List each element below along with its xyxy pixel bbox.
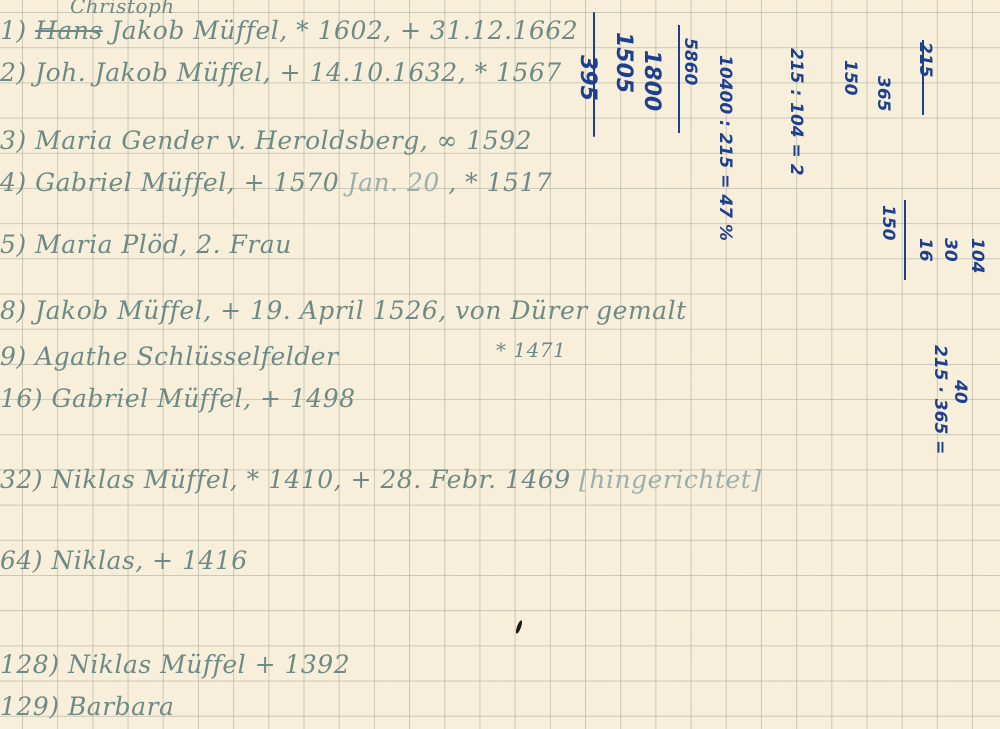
calc-16: 16 — [915, 238, 935, 262]
calc-215: 215 — [915, 42, 935, 78]
entry-129: 129) Barbara — [0, 692, 174, 721]
entry-32: 32) Niklas Müffel, * 1410, + 28. Febr. 1… — [0, 465, 762, 494]
calc-150-a: 150 — [840, 60, 860, 96]
calc-365: 365 — [873, 76, 893, 112]
entry-3: 3) Maria Gender v. Heroldsberg, ∞ 1592 — [0, 126, 532, 155]
calc-215-times-365: 215 · 365 = — [930, 345, 950, 454]
entry-1: 1) Hans Jakob Müffel, * 1602, + 31.12.16… — [0, 16, 578, 45]
entry-5: 5) Maria Plöd, 2. Frau — [0, 230, 292, 259]
calc-395: 395 — [575, 55, 600, 101]
calc-150-b: 150 — [878, 205, 898, 241]
calc-sum-line — [593, 12, 595, 137]
entry-4: 4) Gabriel Müffel, + 1570 Jan. 20 , * 15… — [0, 168, 552, 197]
entry-16: 16) Gabriel Müffel, + 1498 — [0, 384, 356, 413]
calc-40: 40 — [950, 380, 970, 404]
calc-215-104: 215 : 104 = 2 — [786, 48, 806, 176]
calc-1505: 1505 — [611, 32, 636, 93]
calc-5860: 5860 — [680, 38, 700, 85]
ink-spot — [515, 620, 524, 635]
entry-9-birth: * 1471 — [496, 338, 566, 362]
calc-1800: 1800 — [639, 50, 664, 111]
entry-64: 64) Niklas, + 1416 — [0, 546, 248, 575]
entry-2: 2) Joh. Jakob Müffel, + 14.10.1632, * 15… — [0, 58, 562, 87]
entry-9: 9) Agathe Schlüsselfelder — [0, 342, 339, 371]
calc-104: 104 — [967, 238, 987, 274]
entry-8: 8) Jakob Müffel, + 19. April 1526, von D… — [0, 296, 687, 325]
calc-30: 30 — [940, 238, 960, 262]
entry-128: 128) Niklas Müffel + 1392 — [0, 650, 350, 679]
calc-division-47: 10400 : 215 = 47 % — [715, 55, 735, 241]
calc-rule-5 — [904, 200, 906, 280]
